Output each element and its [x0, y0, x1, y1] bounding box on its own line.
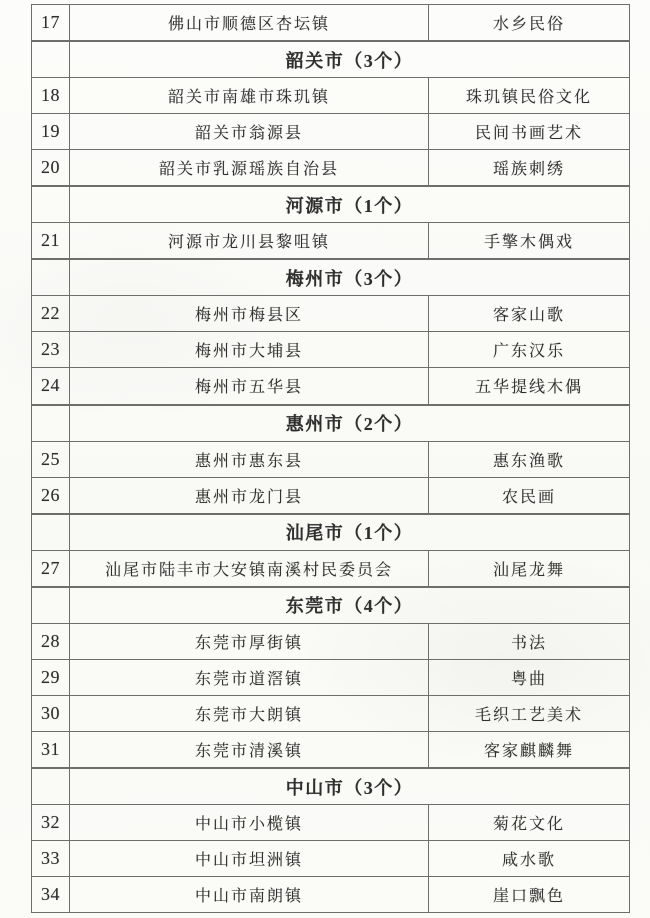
row-culture-type: 崖口飘色 — [429, 877, 629, 912]
section-city-label: 汕尾市（1个） — [70, 515, 629, 550]
row-place: 梅州市梅县区 — [70, 296, 429, 331]
table-row: 29东莞市道滘镇粤曲 — [32, 660, 629, 696]
table-row: 23梅州市大埔县广东汉乐 — [32, 332, 629, 368]
table-row: 25惠州市惠东县惠东渔歌 — [32, 442, 629, 478]
row-place: 东莞市道滘镇 — [70, 660, 429, 695]
row-place: 惠州市龙门县 — [70, 478, 429, 513]
table-row: 22梅州市梅县区客家山歌 — [32, 296, 629, 332]
row-place: 东莞市大朗镇 — [70, 696, 429, 731]
table-row: 33中山市坦洲镇咸水歌 — [32, 841, 629, 877]
table-row: 32中山市小榄镇菊花文化 — [32, 805, 629, 841]
row-number: 31 — [32, 732, 70, 767]
row-number: 34 — [32, 877, 70, 912]
table-row: 18韶关市南雄市珠玑镇珠玑镇民俗文化 — [32, 78, 629, 114]
section-header-row: 东莞市（4个） — [32, 587, 629, 624]
section-city-label: 河源市（1个） — [70, 187, 629, 222]
row-place: 梅州市五华县 — [70, 368, 429, 403]
section-city-label: 东莞市（4个） — [70, 588, 629, 623]
section-header-row: 中山市（3个） — [32, 768, 629, 805]
row-culture-type: 农民画 — [429, 478, 629, 513]
section-city-label: 韶关市（3个） — [70, 42, 629, 77]
row-place: 韶关市乳源瑶族自治县 — [70, 150, 429, 185]
scanned-document-page: 17佛山市顺德区杏坛镇水乡民俗韶关市（3个）18韶关市南雄市珠玑镇珠玑镇民俗文化… — [0, 0, 650, 918]
row-place: 惠州市惠东县 — [70, 442, 429, 477]
row-culture-type: 客家麒麟舞 — [429, 732, 629, 767]
row-number: 17 — [32, 5, 70, 40]
table-row: 26惠州市龙门县农民画 — [32, 478, 629, 514]
table-row: 24梅州市五华县五华提线木偶 — [32, 368, 629, 404]
row-number: 18 — [32, 78, 70, 113]
row-place: 梅州市大埔县 — [70, 332, 429, 367]
row-number: 22 — [32, 296, 70, 331]
section-city-label: 惠州市（2个） — [70, 406, 629, 441]
row-number: 27 — [32, 551, 70, 586]
row-place: 中山市南朗镇 — [70, 877, 429, 912]
table-row: 19韶关市翁源县民间书画艺术 — [32, 114, 629, 150]
section-header-row: 梅州市（3个） — [32, 259, 629, 296]
row-number-cell-empty — [32, 260, 70, 295]
table-row: 27汕尾市陆丰市大安镇南溪村民委员会汕尾龙舞 — [32, 551, 629, 587]
row-number: 19 — [32, 114, 70, 149]
section-header-row: 惠州市（2个） — [32, 405, 629, 442]
row-place: 汕尾市陆丰市大安镇南溪村民委员会 — [70, 551, 429, 586]
row-place: 中山市坦洲镇 — [70, 841, 429, 876]
row-culture-type: 水乡民俗 — [429, 5, 629, 40]
row-number: 21 — [32, 223, 70, 258]
row-number: 33 — [32, 841, 70, 876]
row-number: 29 — [32, 660, 70, 695]
table-row: 28东莞市厚街镇书法 — [32, 624, 629, 660]
row-number-cell-empty — [32, 515, 70, 550]
row-culture-type: 广东汉乐 — [429, 332, 629, 367]
row-culture-type: 瑶族刺绣 — [429, 150, 629, 185]
row-culture-type: 毛织工艺美术 — [429, 696, 629, 731]
row-culture-type: 书法 — [429, 624, 629, 659]
row-number: 32 — [32, 805, 70, 840]
row-culture-type: 珠玑镇民俗文化 — [429, 78, 629, 113]
row-culture-type: 菊花文化 — [429, 805, 629, 840]
row-number: 20 — [32, 150, 70, 185]
row-number-cell-empty — [32, 406, 70, 441]
row-place: 佛山市顺德区杏坛镇 — [70, 5, 429, 40]
row-place: 东莞市清溪镇 — [70, 732, 429, 767]
row-number-cell-empty — [32, 187, 70, 222]
row-number: 28 — [32, 624, 70, 659]
row-place: 东莞市厚街镇 — [70, 624, 429, 659]
row-culture-type: 惠东渔歌 — [429, 442, 629, 477]
row-number: 30 — [32, 696, 70, 731]
row-culture-type: 咸水歌 — [429, 841, 629, 876]
row-culture-type: 民间书画艺术 — [429, 114, 629, 149]
row-number-cell-empty — [32, 769, 70, 804]
table-row: 30东莞市大朗镇毛织工艺美术 — [32, 696, 629, 732]
row-number: 26 — [32, 478, 70, 513]
row-number: 25 — [32, 442, 70, 477]
row-place: 中山市小榄镇 — [70, 805, 429, 840]
row-culture-type: 五华提线木偶 — [429, 368, 629, 403]
row-number: 23 — [32, 332, 70, 367]
section-header-row: 河源市（1个） — [32, 186, 629, 223]
table-row: 34中山市南朗镇崖口飘色 — [32, 877, 629, 912]
row-place: 韶关市翁源县 — [70, 114, 429, 149]
heritage-list-table: 17佛山市顺德区杏坛镇水乡民俗韶关市（3个）18韶关市南雄市珠玑镇珠玑镇民俗文化… — [31, 4, 630, 913]
row-culture-type: 客家山歌 — [429, 296, 629, 331]
table-row: 21河源市龙川县黎咀镇手擎木偶戏 — [32, 223, 629, 259]
table-row: 20韶关市乳源瑶族自治县瑶族刺绣 — [32, 150, 629, 186]
section-header-row: 汕尾市（1个） — [32, 514, 629, 551]
section-city-label: 中山市（3个） — [70, 769, 629, 804]
row-place: 河源市龙川县黎咀镇 — [70, 223, 429, 258]
row-number: 24 — [32, 368, 70, 403]
section-header-row: 韶关市（3个） — [32, 41, 629, 78]
table-row: 31东莞市清溪镇客家麒麟舞 — [32, 732, 629, 768]
section-city-label: 梅州市（3个） — [70, 260, 629, 295]
table-row: 17佛山市顺德区杏坛镇水乡民俗 — [32, 5, 629, 41]
row-number-cell-empty — [32, 588, 70, 623]
row-number-cell-empty — [32, 42, 70, 77]
row-culture-type: 粤曲 — [429, 660, 629, 695]
row-place: 韶关市南雄市珠玑镇 — [70, 78, 429, 113]
row-culture-type: 汕尾龙舞 — [429, 551, 629, 586]
row-culture-type: 手擎木偶戏 — [429, 223, 629, 258]
